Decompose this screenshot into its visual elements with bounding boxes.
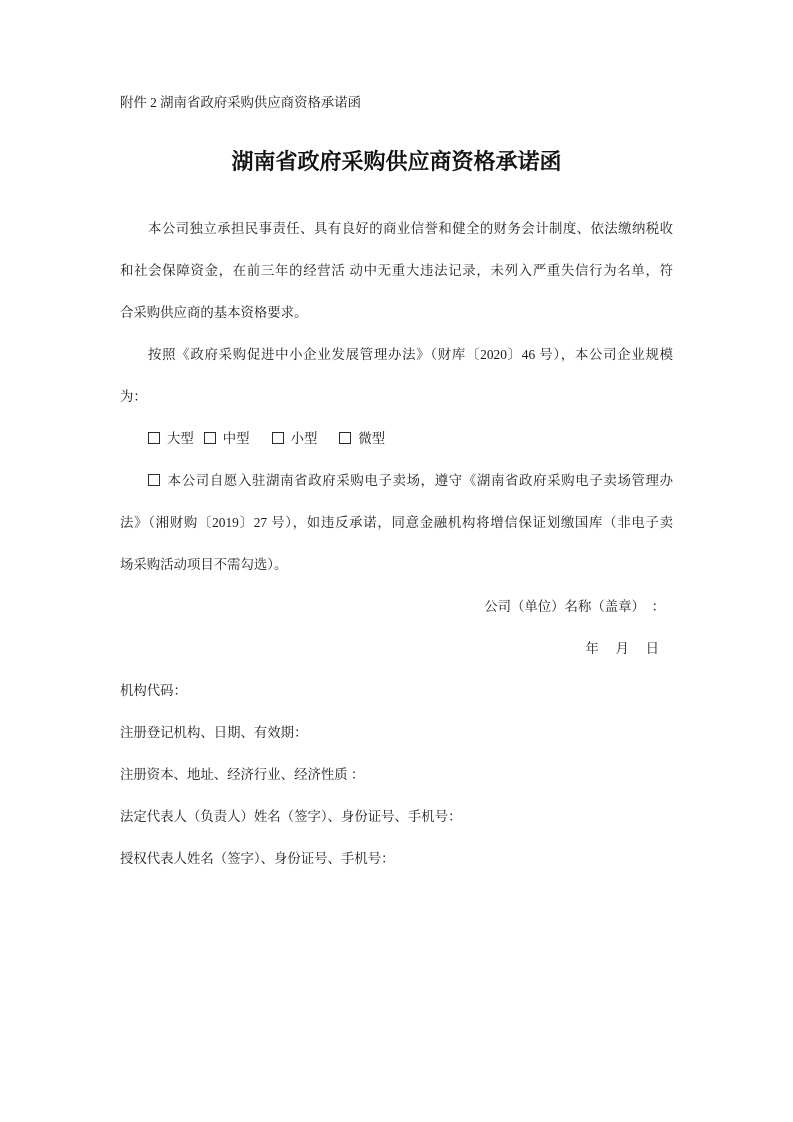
checkbox-icon[interactable]: [339, 432, 351, 444]
document-title: 湖南省政府采购供应商资格承诺函: [0, 141, 793, 183]
paragraph-line: 按照《政府采购促进中小企业发展管理办法》（财库〔2020〕46 号），本公司企业…: [120, 334, 673, 376]
checkbox-icon[interactable]: [272, 432, 284, 444]
field-capital-address: 注册资本、地址、经济行业、经济性质 ：: [120, 754, 673, 796]
paragraph-emall-commitment: 本公司自愿入驻湖南省政府采购电子卖场，遵守《湖南省政府采购电子卖场管理办 法》（…: [120, 460, 673, 586]
paragraph-line: 场采购活动项目不需勾选）。: [120, 544, 673, 586]
checkbox-label: 大型: [167, 431, 194, 446]
checkbox-label: 微型: [358, 431, 385, 446]
paragraph-commitment: 本公司独立承担民事责任、具有良好的商业信誉和健全的财务会计制度、依法缴纳税收 和…: [120, 208, 673, 334]
checkbox-icon[interactable]: [148, 432, 160, 444]
company-name-seal-label: 公司（单位）名称（盖章） ：: [120, 586, 673, 628]
checkbox-option-micro[interactable]: 微型: [339, 431, 385, 446]
field-authorized-representative: 授权代表人姓名（签字）、身份证号、手机号：: [120, 838, 673, 880]
checkbox-option-medium[interactable]: 中型: [204, 431, 250, 446]
form-fields: 机构代码： 注册登记机构、日期、有效期： 注册资本、地址、经济行业、经济性质 ：…: [120, 670, 673, 880]
field-registration-info: 注册登记机构、日期、有效期：: [120, 712, 673, 754]
attachment-heading: 附件 2 湖南省政府采购供应商资格承诺函: [120, 82, 673, 124]
checkbox-icon[interactable]: [148, 474, 160, 486]
checkbox-option-large[interactable]: 大型: [148, 431, 194, 446]
paragraph-line: 本公司自愿入驻湖南省政府采购电子卖场，遵守《湖南省政府采购电子卖场管理办: [120, 460, 673, 502]
document-page: 附件 2 湖南省政府采购供应商资格承诺函 湖南省政府采购供应商资格承诺函 本公司…: [0, 0, 793, 1122]
paragraph-line: 合采购供应商的基本资格要求。: [120, 292, 673, 334]
checkbox-label: 中型: [223, 431, 250, 446]
field-org-code: 机构代码：: [120, 670, 673, 712]
paragraph-line: 法》（湘财购〔2019〕27 号），如违反承诺，同意金融机构将增信保证划缴国库（…: [120, 502, 673, 544]
paragraph-enterprise-scale: 按照《政府采购促进中小企业发展管理办法》（财库〔2020〕46 号），本公司企业…: [120, 334, 673, 418]
checkbox-option-small[interactable]: 小型: [272, 431, 318, 446]
checkbox-label: 小型: [291, 431, 318, 446]
paragraph-line: 为：: [120, 376, 673, 418]
paragraph-line: 本公司独立承担民事责任、具有良好的商业信誉和健全的财务会计制度、依法缴纳税收: [120, 208, 673, 250]
checkbox-icon[interactable]: [204, 432, 216, 444]
enterprise-size-options: 大型中型小型微型: [120, 418, 673, 460]
field-legal-representative: 法定代表人（负责人）姓名（签字）、身份证号、手机号：: [120, 796, 673, 838]
paragraph-line: 和社会保障资金，在前三年的经营活 动中无重大违法记录，未列入严重失信行为名单，符: [120, 250, 673, 292]
date-line: 年 月 日: [120, 628, 673, 670]
